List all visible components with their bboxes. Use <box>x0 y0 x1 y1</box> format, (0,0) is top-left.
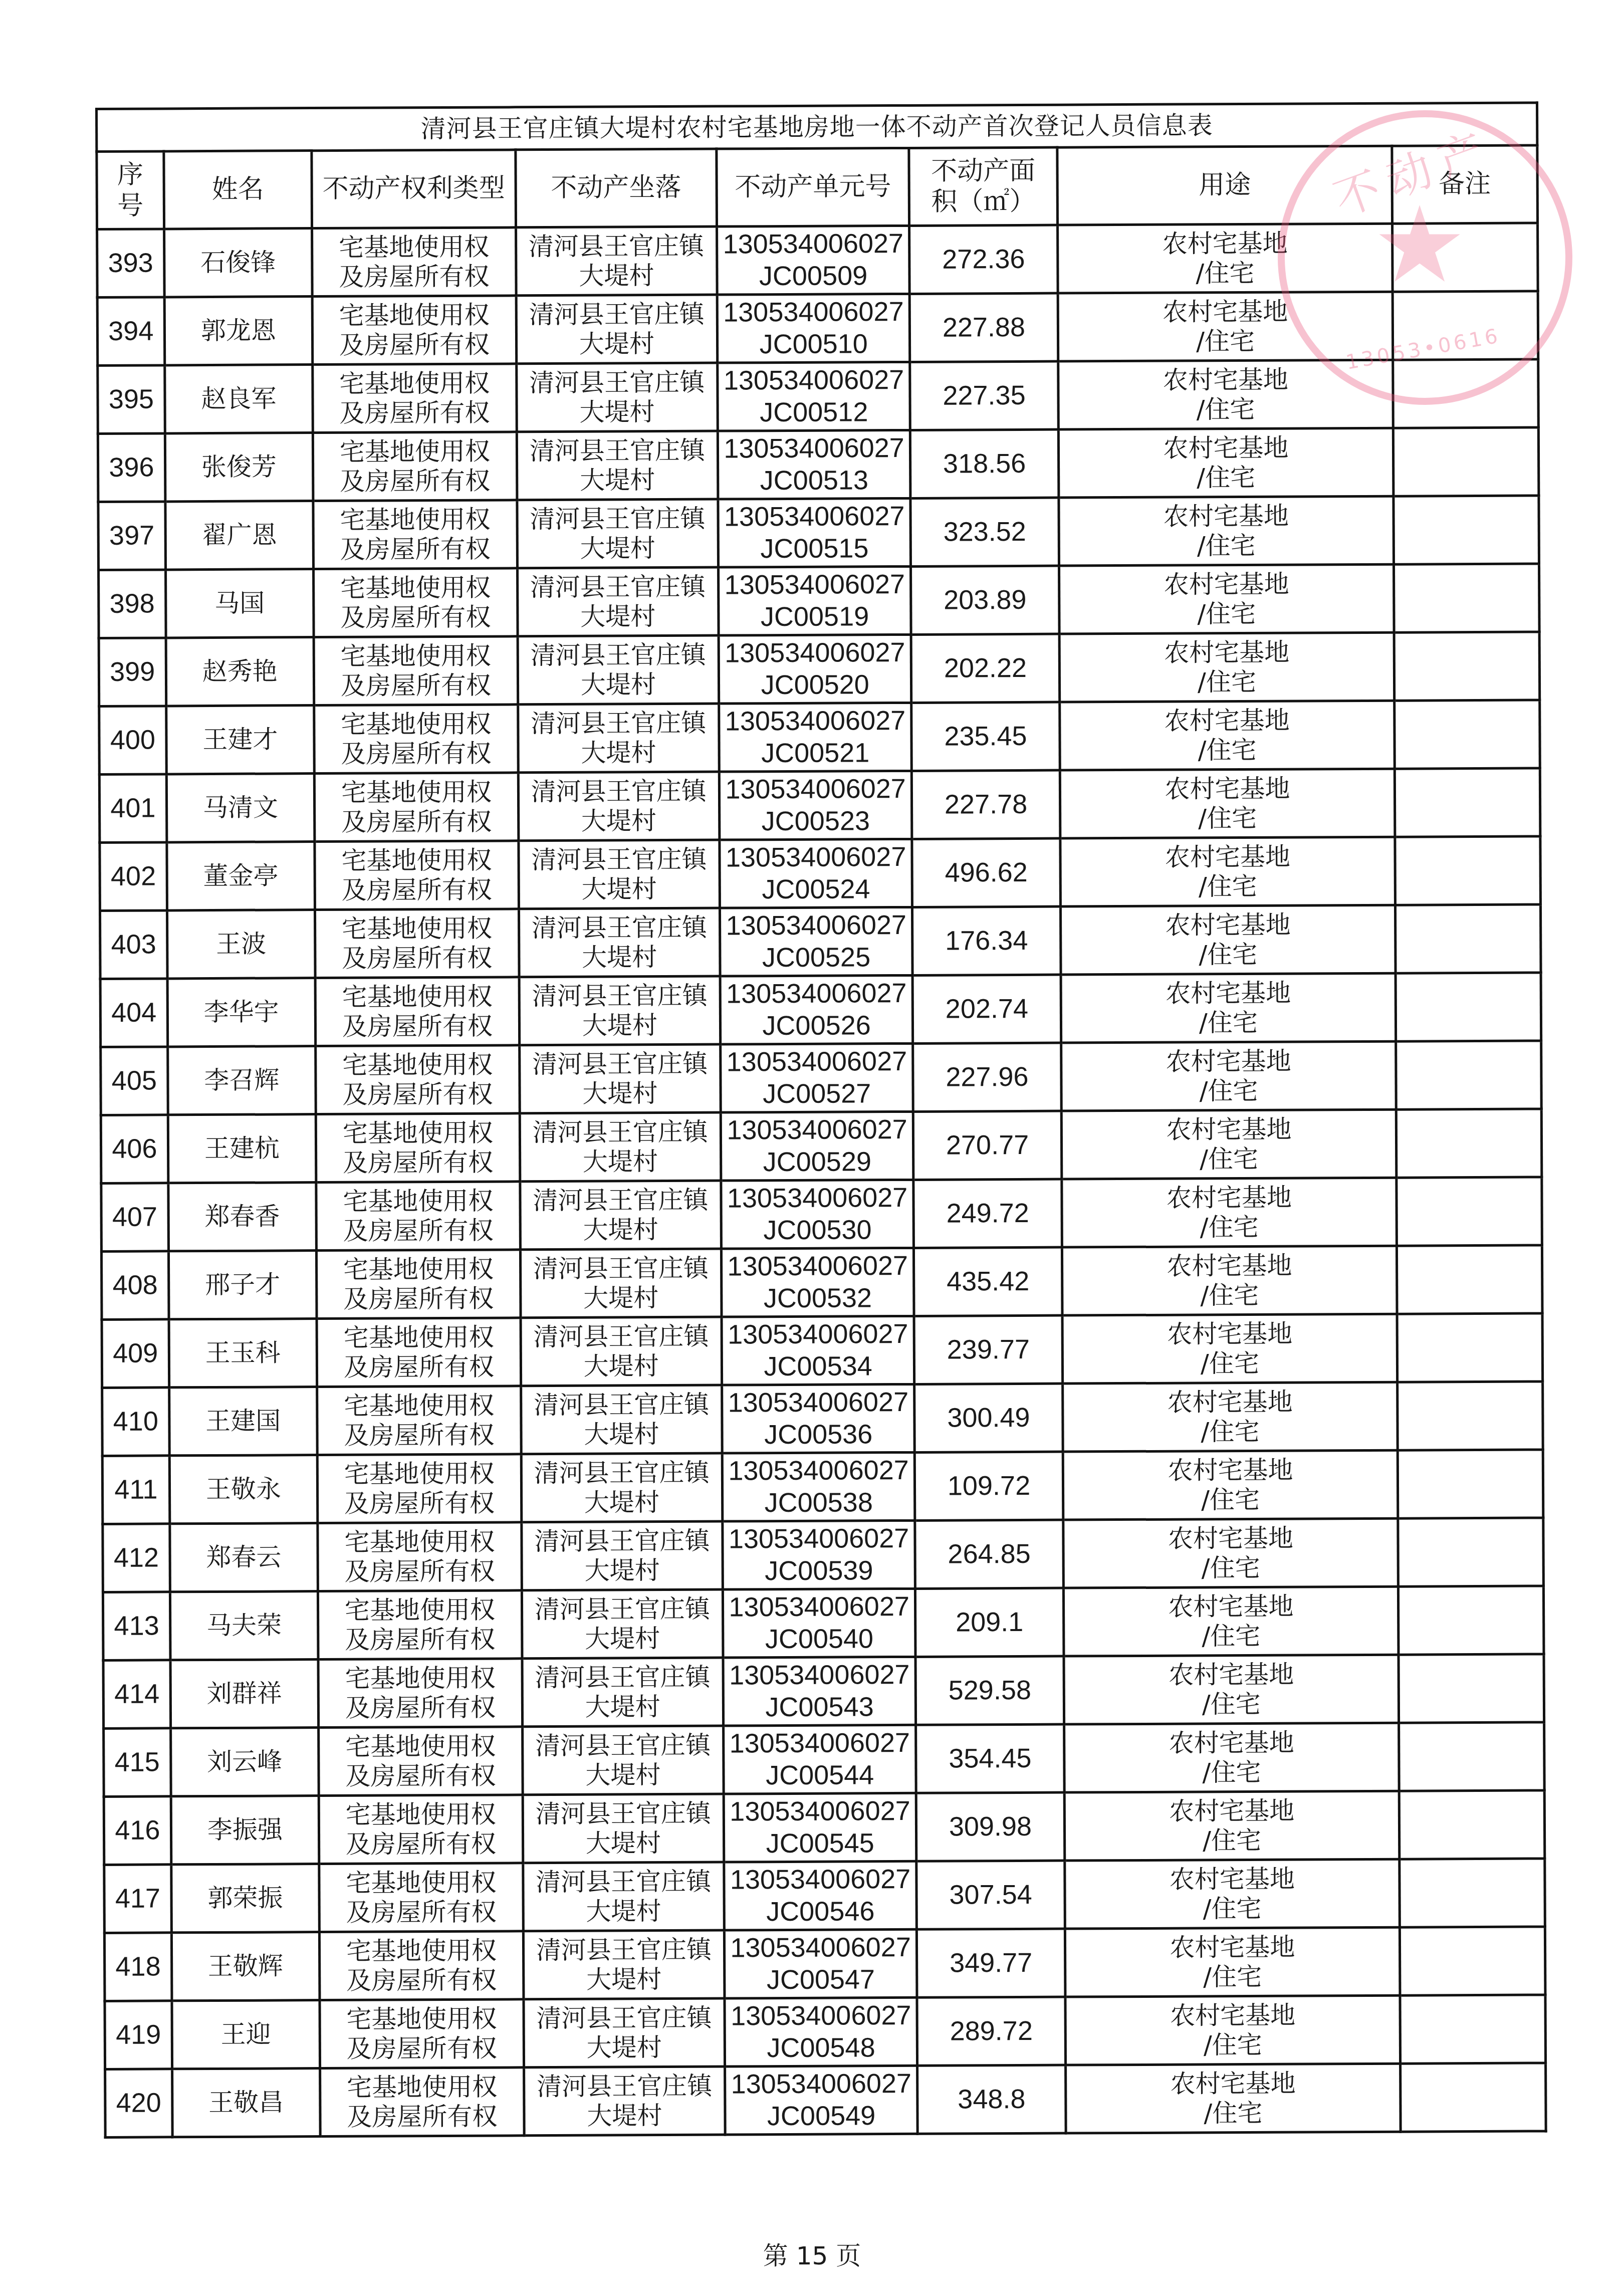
cell-unit-no: 130534006027JC00510 <box>717 294 910 363</box>
cell-right-type-line1: 宅基地使用权 <box>317 1050 518 1080</box>
cell-right-type-line1: 宅基地使用权 <box>320 1868 522 1898</box>
cell-location: 清河县王官庄镇大堤村 <box>519 976 721 1045</box>
cell-usage: 农村宅基地/住宅 <box>1064 1723 1399 1792</box>
cell-area: 309.98 <box>916 1792 1065 1861</box>
cell-unit-no-line2: JC00534 <box>723 1350 913 1383</box>
cell-unit-no-line2: JC00512 <box>719 396 909 428</box>
cell-location-line2: 大堤村 <box>525 2101 724 2131</box>
cell-name: 郑春云 <box>170 1523 318 1592</box>
cell-right-type: 宅基地使用权及房屋所有权 <box>318 1590 522 1660</box>
cell-unit-no-line2: JC00509 <box>718 260 908 292</box>
cell-right-type-line2: 及房屋所有权 <box>316 943 518 974</box>
cell-seq: 409 <box>102 1319 169 1388</box>
cell-location-line1: 清河县王官庄镇 <box>522 1390 721 1420</box>
cell-unit-no-line2: JC00536 <box>723 1418 913 1451</box>
cell-location-line2: 大堤村 <box>525 2032 724 2063</box>
table-row: 418王敬辉宅基地使用权及房屋所有权清河县王官庄镇大堤村130534006027… <box>104 1927 1545 2001</box>
cell-usage: 农村宅基地/住宅 <box>1058 428 1394 498</box>
cell-right-type-line2: 及房屋所有权 <box>314 330 515 360</box>
cell-right-type-line1: 宅基地使用权 <box>318 1322 520 1353</box>
cell-unit-no-line1: 130534006027 <box>719 364 909 397</box>
cell-right-type-line1: 宅基地使用权 <box>320 1663 521 1694</box>
cell-remark <box>1396 1041 1541 1109</box>
cell-unit-no: 130534006027JC00532 <box>721 1248 914 1317</box>
cell-location: 清河县王官庄镇大堤村 <box>518 635 719 705</box>
cell-usage-line1: 农村宅基地 <box>1062 909 1395 941</box>
cell-area: 496.62 <box>912 838 1060 907</box>
cell-seq: 395 <box>98 365 165 434</box>
cell-usage-line2: /住宅 <box>1065 1621 1398 1652</box>
cell-right-type-line2: 及房屋所有权 <box>315 534 516 565</box>
registration-table: 清河县王官庄镇大堤村农村宅基地房地一体不动产首次登记人员信息表 序 号 姓名 不… <box>95 101 1547 2139</box>
cell-remark <box>1400 1927 1545 1995</box>
cell-right-type-line1: 宅基地使用权 <box>318 1254 519 1285</box>
cell-right-type-line2: 及房屋所有权 <box>317 1079 518 1110</box>
cell-seq: 394 <box>97 297 164 366</box>
cell-right-type: 宅基地使用权及房屋所有权 <box>313 500 517 569</box>
cell-location: 清河县王官庄镇大堤村 <box>518 772 720 841</box>
cell-location-line2: 大堤村 <box>519 738 718 768</box>
cell-usage-line2: /住宅 <box>1061 735 1394 766</box>
table-row: 406王建杭宅基地使用权及房屋所有权清河县王官庄镇大堤村130534006027… <box>101 1109 1542 1184</box>
cell-usage: 农村宅基地/住宅 <box>1063 1450 1398 1520</box>
table-row: 396张俊芳宅基地使用权及房屋所有权清河县王官庄镇大堤村130534006027… <box>98 427 1539 502</box>
cell-unit-no: 130534006027JC00546 <box>724 1861 917 1930</box>
cell-right-type: 宅基地使用权及房屋所有权 <box>319 1795 523 1864</box>
cell-right-type: 宅基地使用权及房屋所有权 <box>314 636 518 706</box>
cell-area: 348.8 <box>917 2065 1066 2134</box>
cell-area: 249.72 <box>913 1179 1062 1248</box>
header-usage: 用途 <box>1057 146 1393 225</box>
cell-area: 272.36 <box>909 225 1058 294</box>
cell-unit-no-line2: JC00513 <box>719 464 909 497</box>
cell-seq: 420 <box>105 2069 172 2138</box>
cell-usage-line2: /住宅 <box>1066 2029 1399 2060</box>
table-title: 清河县王官庄镇大堤村农村宅基地房地一体不动产首次登记人员信息表 <box>97 103 1537 152</box>
cell-usage-line2: /住宅 <box>1064 1552 1397 1583</box>
cell-usage-line2: /住宅 <box>1065 1689 1398 1720</box>
cell-area: 227.35 <box>910 361 1058 430</box>
cell-right-type-line2: 及房屋所有权 <box>314 398 516 428</box>
cell-usage-line2: /住宅 <box>1062 939 1395 970</box>
cell-location: 清河县王官庄镇大堤村 <box>519 1044 721 1113</box>
cell-unit-no-line2: JC00520 <box>720 668 910 701</box>
cell-remark <box>1397 1177 1542 1246</box>
cell-unit-no: 130534006027JC00515 <box>718 498 911 567</box>
cell-unit-no: 130534006027JC00513 <box>718 430 910 499</box>
cell-usage-line2: /住宅 <box>1067 2098 1400 2129</box>
cell-seq: 403 <box>100 910 167 979</box>
cell-unit-no-line2: JC00532 <box>723 1282 913 1314</box>
cell-right-type: 宅基地使用权及房屋所有权 <box>320 2068 524 2137</box>
cell-right-type-line2: 及房屋所有权 <box>319 1488 520 1519</box>
header-area: 不动产面 积（㎡） <box>909 147 1057 225</box>
cell-location-line1: 清河县王官庄镇 <box>518 367 716 398</box>
cell-unit-no-line1: 130534006027 <box>721 978 911 1010</box>
cell-unit-no-line1: 130534006027 <box>722 1046 912 1078</box>
cell-right-type-line1: 宅基地使用权 <box>314 505 516 535</box>
cell-remark <box>1394 632 1539 701</box>
cell-location: 清河县王官庄镇大堤村 <box>516 363 718 432</box>
table-row: 402董金亭宅基地使用权及房屋所有权清河县王官庄镇大堤村130534006027… <box>100 836 1541 911</box>
cell-location: 清河县王官庄镇大堤村 <box>521 1385 722 1454</box>
table-row: 409王玉科宅基地使用权及房屋所有权清河县王官庄镇大堤村130534006027… <box>102 1313 1543 1388</box>
cell-name: 李召辉 <box>167 1046 316 1115</box>
cell-usage-line1: 农村宅基地 <box>1064 1523 1397 1554</box>
table-row: 412郑春云宅基地使用权及房屋所有权清河县王官庄镇大堤村130534006027… <box>103 1518 1544 1592</box>
cell-name: 马清文 <box>166 774 315 842</box>
cell-unit-no: 130534006027JC00530 <box>721 1180 914 1249</box>
cell-location-line2: 大堤村 <box>517 261 716 291</box>
cell-location-line1: 清河县王官庄镇 <box>520 776 718 807</box>
cell-seq: 404 <box>100 979 167 1047</box>
cell-right-type: 宅基地使用权及房屋所有权 <box>312 227 516 297</box>
cell-usage-line1: 农村宅基地 <box>1065 1795 1398 1826</box>
cell-area: 227.78 <box>912 770 1060 839</box>
cell-seq: 406 <box>101 1115 168 1184</box>
cell-name: 王建国 <box>169 1387 317 1456</box>
header-unit-no: 不动产单元号 <box>717 148 909 226</box>
cell-usage-line1: 农村宅基地 <box>1064 1455 1397 1486</box>
cell-unit-no-line1: 130534006027 <box>719 501 909 533</box>
cell-remark <box>1398 1518 1543 1586</box>
cell-location-line1: 清河县王官庄镇 <box>517 299 716 330</box>
cell-usage: 农村宅基地/住宅 <box>1059 496 1394 566</box>
cell-unit-no: 130534006027JC00549 <box>725 2065 917 2135</box>
table-row: 411王敬永宅基地使用权及房屋所有权清河县王官庄镇大堤村130534006027… <box>102 1450 1543 1524</box>
cell-remark <box>1396 904 1541 973</box>
cell-usage-line1: 农村宅基地 <box>1063 1250 1396 1281</box>
cell-location: 清河县王官庄镇大堤村 <box>522 1658 724 1727</box>
cell-right-type-line2: 及房屋所有权 <box>321 1965 522 1996</box>
cell-location: 清河县王官庄镇大堤村 <box>524 2067 725 2136</box>
cell-unit-no: 130534006027JC00536 <box>722 1384 915 1453</box>
cell-usage-line2: /住宅 <box>1063 1143 1396 1175</box>
cell-unit-no-line2: JC00540 <box>724 1623 914 1655</box>
header-seq-line1: 序 <box>98 159 162 190</box>
cell-remark <box>1395 700 1540 769</box>
table-row: 413马夫荣宅基地使用权及房屋所有权清河县王官庄镇大堤村130534006027… <box>103 1586 1544 1661</box>
cell-usage-line2: /住宅 <box>1060 462 1393 493</box>
table-body: 393石俊锋宅基地使用权及房屋所有权清河县王官庄镇大堤村130534006027… <box>97 223 1546 2138</box>
cell-right-type-line2: 及房屋所有权 <box>320 1761 521 1791</box>
cell-unit-no-line2: JC00521 <box>720 737 910 769</box>
cell-location-line2: 大堤村 <box>524 1760 722 1790</box>
cell-unit-no: 130534006027JC00524 <box>720 839 912 908</box>
cell-location: 清河县王官庄镇大堤村 <box>521 1317 722 1386</box>
cell-seq: 393 <box>97 229 164 298</box>
cell-usage-line1: 农村宅基地 <box>1061 841 1394 872</box>
cell-unit-no-line2: JC00526 <box>722 1009 912 1042</box>
cell-right-type-line1: 宅基地使用权 <box>320 1731 521 1762</box>
cell-unit-no-line2: JC00523 <box>721 805 911 837</box>
cell-unit-no-line1: 130534006027 <box>724 1523 914 1555</box>
cell-unit-no-line1: 130534006027 <box>718 228 908 261</box>
cell-location: 清河县王官庄镇大堤村 <box>520 1181 722 1250</box>
cell-remark <box>1393 359 1538 428</box>
cell-right-type: 宅基地使用权及房屋所有权 <box>317 1318 521 1387</box>
table-row: 410王建国宅基地使用权及房屋所有权清河县王官庄镇大堤村130534006027… <box>102 1382 1543 1456</box>
cell-right-type: 宅基地使用权及房屋所有权 <box>316 1250 520 1319</box>
cell-right-type-line1: 宅基地使用权 <box>321 2072 523 2103</box>
header-area-line2: 积（㎡） <box>910 186 1056 218</box>
cell-usage-line2: /住宅 <box>1061 871 1394 902</box>
cell-usage: 农村宅基地/住宅 <box>1058 292 1393 361</box>
cell-usage-line1: 农村宅基地 <box>1059 364 1392 395</box>
cell-right-type: 宅基地使用权及房屋所有权 <box>313 432 517 501</box>
cell-right-type-line1: 宅基地使用权 <box>314 436 516 467</box>
cell-seq: 408 <box>101 1251 168 1320</box>
cell-usage-line2: /住宅 <box>1063 1280 1396 1311</box>
cell-name: 王建杭 <box>168 1114 316 1183</box>
cell-right-type-line2: 及房屋所有权 <box>317 1147 519 1178</box>
page-number: 第 15 页 <box>0 2236 1624 2272</box>
header-seq: 序 号 <box>97 151 164 229</box>
cell-usage: 农村宅基地/住宅 <box>1061 1109 1397 1179</box>
cell-usage: 农村宅基地/住宅 <box>1058 360 1393 429</box>
cell-right-type-line2: 及房屋所有权 <box>320 1693 521 1723</box>
cell-usage: 农村宅基地/住宅 <box>1062 1382 1398 1452</box>
cell-location-line2: 大堤村 <box>518 533 717 564</box>
cell-area: 323.52 <box>910 498 1059 566</box>
cell-right-type-line1: 宅基地使用权 <box>315 709 517 740</box>
cell-right-type-line2: 及房屋所有权 <box>316 739 517 769</box>
cell-remark <box>1398 1450 1543 1518</box>
cell-area: 349.77 <box>917 1929 1065 1997</box>
cell-location: 清河县王官庄镇大堤村 <box>523 1930 725 1999</box>
cell-right-type-line2: 及房屋所有权 <box>318 1284 519 1314</box>
cell-usage-line2: /住宅 <box>1063 1212 1396 1243</box>
cell-right-type: 宅基地使用权及房屋所有权 <box>316 1045 520 1114</box>
cell-usage: 农村宅基地/住宅 <box>1060 905 1396 975</box>
table-row: 394郭龙恩宅基地使用权及房屋所有权清河县王官庄镇大堤村130534006027… <box>97 291 1538 366</box>
cell-usage-line1: 农村宅基地 <box>1060 432 1393 464</box>
cell-seq: 415 <box>104 1728 171 1797</box>
cell-location-line1: 清河县王官庄镇 <box>521 1117 720 1147</box>
cell-location-line2: 大堤村 <box>521 1146 720 1177</box>
cell-area: 264.85 <box>915 1520 1063 1588</box>
cell-location-line1: 清河县王官庄镇 <box>522 1253 720 1284</box>
cell-unit-no-line2: JC00543 <box>725 1691 915 1723</box>
cell-location-line2: 大堤村 <box>520 806 718 836</box>
cell-name: 李振强 <box>171 1796 319 1865</box>
cell-location: 清河县王官庄镇大堤村 <box>516 226 717 296</box>
cell-area: 307.54 <box>916 1861 1065 1929</box>
cell-right-type-line2: 及房屋所有权 <box>318 1352 520 1383</box>
cell-unit-no-line1: 130534006027 <box>720 705 910 738</box>
table-row: 403王波宅基地使用权及房屋所有权清河县王官庄镇大堤村130534006027J… <box>100 904 1541 979</box>
cell-location: 清河县王官庄镇大堤村 <box>522 1521 723 1590</box>
cell-remark <box>1396 973 1541 1041</box>
cell-right-type-line2: 及房屋所有权 <box>321 1897 522 1928</box>
cell-unit-no-line2: JC00538 <box>724 1486 914 1519</box>
cell-right-type: 宅基地使用权及房屋所有权 <box>320 1999 524 2069</box>
cell-unit-no-line2: JC00529 <box>722 1145 912 1178</box>
cell-unit-no-line1: 130534006027 <box>724 1455 914 1487</box>
cell-unit-no: 130534006027JC00529 <box>721 1111 913 1181</box>
cell-location-line1: 清河县王官庄镇 <box>525 2071 724 2102</box>
header-remark: 备注 <box>1392 145 1537 223</box>
cell-location: 清河县王官庄镇大堤村 <box>520 1112 721 1182</box>
cell-unit-no-line1: 130534006027 <box>722 1114 912 1146</box>
cell-usage-line2: /住宅 <box>1060 598 1393 629</box>
table-row: 414刘群祥宅基地使用权及房屋所有权清河县王官庄镇大堤村130534006027… <box>103 1654 1544 1729</box>
cell-location-line1: 清河县王官庄镇 <box>524 1798 722 1829</box>
cell-usage-line1: 农村宅基地 <box>1067 2068 1400 2099</box>
cell-unit-no: 130534006027JC00519 <box>718 566 911 635</box>
cell-unit-no-line1: 130534006027 <box>724 1591 914 1624</box>
cell-unit-no-line2: JC00524 <box>721 873 911 905</box>
table-row: 407郑春香宅基地使用权及房屋所有权清河县王官庄镇大堤村130534006027… <box>101 1177 1542 1252</box>
cell-location-line1: 清河县王官庄镇 <box>523 1458 721 1488</box>
cell-unit-no-line1: 130534006027 <box>719 432 909 465</box>
cell-unit-no: 130534006027JC00520 <box>719 634 911 704</box>
cell-usage-line2: /住宅 <box>1059 258 1391 289</box>
cell-location-line1: 清河县王官庄镇 <box>520 912 719 943</box>
cell-location: 清河县王官庄镇大堤村 <box>517 431 718 500</box>
cell-location-line1: 清河县王官庄镇 <box>519 708 718 739</box>
cell-area: 239.77 <box>914 1315 1062 1384</box>
cell-unit-no-line2: JC00525 <box>721 941 911 974</box>
cell-remark <box>1394 564 1539 632</box>
cell-area: 354.45 <box>916 1724 1064 1793</box>
cell-usage-line2: /住宅 <box>1059 394 1392 425</box>
cell-location-line2: 大堤村 <box>519 669 718 700</box>
cell-usage-line2: /住宅 <box>1061 666 1394 698</box>
cell-name: 马国 <box>165 569 314 638</box>
cell-right-type: 宅基地使用权及房屋所有权 <box>314 568 518 637</box>
cell-remark <box>1396 1109 1541 1178</box>
cell-right-type-line2: 及房屋所有权 <box>320 1829 522 1860</box>
cell-remark <box>1394 427 1539 496</box>
cell-right-type: 宅基地使用权及房屋所有权 <box>318 1659 522 1728</box>
cell-usage: 农村宅基地/住宅 <box>1062 1246 1397 1315</box>
cell-usage: 农村宅基地/住宅 <box>1057 223 1393 293</box>
table-row: 420王敬昌宅基地使用权及房屋所有权清河县王官庄镇大堤村130534006027… <box>105 2063 1546 2138</box>
cell-right-type: 宅基地使用权及房屋所有权 <box>313 364 517 433</box>
cell-usage: 农村宅基地/住宅 <box>1062 1314 1398 1384</box>
cell-unit-no: 130534006027JC00548 <box>725 1997 917 2067</box>
cell-right-type-line1: 宅基地使用权 <box>315 573 516 603</box>
cell-usage-line1: 农村宅基地 <box>1066 1864 1399 1895</box>
cell-name: 郑春香 <box>168 1183 317 1251</box>
header-right-type: 不动产权利类型 <box>312 150 516 228</box>
cell-remark <box>1393 223 1538 292</box>
cell-remark <box>1393 291 1538 360</box>
cell-unit-no-line2: JC00515 <box>720 532 910 565</box>
cell-right-type-line2: 及房屋所有权 <box>313 262 515 292</box>
cell-location: 清河县王官庄镇大堤村 <box>517 567 719 636</box>
cell-usage-line2: /住宅 <box>1066 1961 1399 1992</box>
cell-right-type-line2: 及房屋所有权 <box>314 466 516 497</box>
cell-right-type-line2: 及房屋所有权 <box>317 1011 518 1042</box>
cell-remark <box>1395 836 1540 905</box>
cell-usage: 农村宅基地/住宅 <box>1059 564 1394 634</box>
cell-name: 石俊锋 <box>164 228 312 297</box>
cell-unit-no-line2: JC00510 <box>719 328 909 360</box>
cell-right-type-line2: 及房屋所有权 <box>321 2033 523 2064</box>
cell-unit-no: 130534006027JC00534 <box>722 1316 914 1385</box>
cell-usage: 农村宅基地/住宅 <box>1061 1178 1397 1247</box>
cell-unit-no-line1: 130534006027 <box>724 1659 914 1692</box>
cell-usage: 农村宅基地/住宅 <box>1059 701 1395 770</box>
cell-usage-line1: 农村宅基地 <box>1061 773 1394 804</box>
cell-location: 清河县王官庄镇大堤村 <box>524 1998 725 2068</box>
cell-name: 王敬昌 <box>172 2069 320 2137</box>
cell-right-type-line2: 及房屋所有权 <box>318 1420 520 1451</box>
cell-usage-line2: /住宅 <box>1062 1007 1395 1038</box>
cell-unit-no-line2: JC00549 <box>726 2100 916 2132</box>
table-row: 405李召辉宅基地使用权及房屋所有权清河县王官庄镇大堤村130534006027… <box>101 1041 1542 1115</box>
cell-name: 邢子才 <box>168 1251 317 1319</box>
cell-right-type: 宅基地使用权及房屋所有权 <box>314 705 518 774</box>
cell-seq: 402 <box>100 842 167 911</box>
cell-usage: 农村宅基地/住宅 <box>1060 837 1396 906</box>
cell-location: 清河县王官庄镇大堤村 <box>517 499 719 568</box>
cell-right-type-line2: 及房屋所有权 <box>319 1556 521 1587</box>
cell-location-line2: 大堤村 <box>524 1692 722 1722</box>
cell-location-line1: 清河县王官庄镇 <box>525 2003 723 2033</box>
cell-usage-line2: /住宅 <box>1064 1484 1397 1515</box>
cell-right-type-line1: 宅基地使用权 <box>319 1527 520 1557</box>
cell-location-line1: 清河县王官庄镇 <box>518 504 717 534</box>
cell-location-line2: 大堤村 <box>518 329 716 359</box>
cell-area: 318.56 <box>910 429 1059 498</box>
cell-unit-no: 130534006027JC00509 <box>717 225 909 295</box>
cell-remark <box>1399 1654 1544 1723</box>
cell-area: 289.72 <box>917 1997 1065 2065</box>
cell-location: 清河县王官庄镇大堤村 <box>521 1453 723 1522</box>
cell-right-type-line1: 宅基地使用权 <box>316 777 517 808</box>
cell-usage-line2: /住宅 <box>1062 1075 1395 1106</box>
cell-remark <box>1395 768 1540 837</box>
cell-location-line2: 大堤村 <box>521 1010 719 1041</box>
cell-unit-no-line1: 130534006027 <box>723 1318 913 1351</box>
cell-right-type-line1: 宅基地使用权 <box>318 1391 520 1421</box>
cell-usage-line2: /住宅 <box>1065 1757 1398 1788</box>
cell-seq: 417 <box>104 1865 171 1933</box>
cell-location-line1: 清河县王官庄镇 <box>522 1321 720 1352</box>
cell-unit-no-line1: 130534006027 <box>726 2000 916 2032</box>
header-seq-line2: 号 <box>98 190 163 221</box>
table-row: 393石俊锋宅基地使用权及房屋所有权清河县王官庄镇大堤村130534006027… <box>97 223 1538 298</box>
cell-right-type-line1: 宅基地使用权 <box>319 1459 520 1489</box>
cell-location-line1: 清河县王官庄镇 <box>524 1867 723 1897</box>
cell-right-type-line2: 及房屋所有权 <box>318 1216 519 1246</box>
cell-unit-no-line2: JC00519 <box>720 600 910 633</box>
cell-location-line1: 清河县王官庄镇 <box>517 231 716 262</box>
cell-seq: 405 <box>101 1047 168 1115</box>
cell-usage: 农村宅基地/住宅 <box>1060 769 1395 838</box>
cell-unit-no-line1: 130534006027 <box>725 1795 915 1828</box>
cell-usage: 农村宅基地/住宅 <box>1059 632 1395 702</box>
cell-remark <box>1399 1790 1544 1859</box>
cell-location-line2: 大堤村 <box>523 1487 721 1518</box>
cell-right-type-line1: 宅基地使用权 <box>320 1799 522 1830</box>
cell-location-line1: 清河县王官庄镇 <box>523 1526 721 1556</box>
cell-usage-line1: 农村宅基地 <box>1065 1659 1398 1690</box>
cell-location: 清河县王官庄镇大堤村 <box>522 1589 723 1659</box>
cell-right-type-line2: 及房屋所有权 <box>316 807 517 837</box>
cell-right-type-line1: 宅基地使用权 <box>316 913 518 944</box>
cell-usage-line1: 农村宅基地 <box>1065 1727 1398 1758</box>
cell-location-line2: 大堤村 <box>522 1283 720 1313</box>
table-row: 419王迎宅基地使用权及房屋所有权清河县王官庄镇大堤村130534006027J… <box>105 1995 1546 2070</box>
cell-unit-no-line2: JC00544 <box>725 1759 915 1791</box>
cell-location-line1: 清河县王官庄镇 <box>523 1594 722 1625</box>
cell-remark <box>1397 1245 1542 1314</box>
table-row: 416李振强宅基地使用权及房屋所有权清河县王官庄镇大堤村130534006027… <box>104 1790 1545 1865</box>
